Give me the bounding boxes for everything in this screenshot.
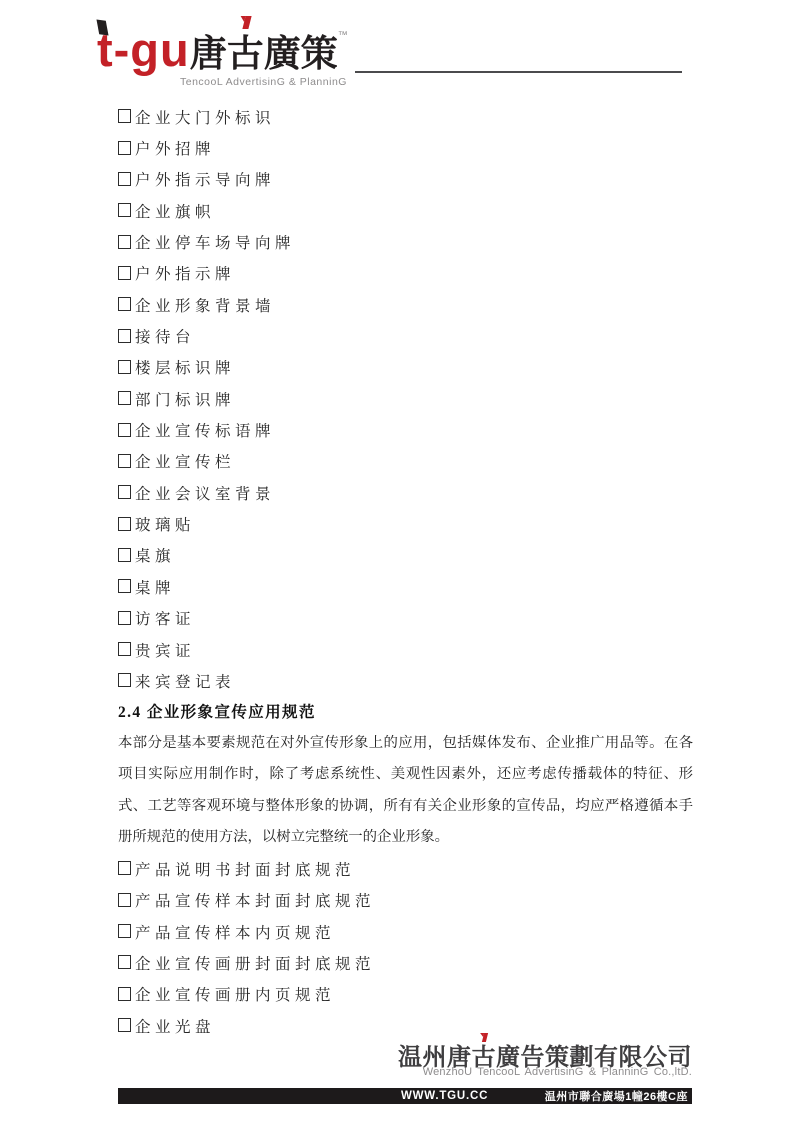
checkbox-unchecked-icon xyxy=(118,203,131,217)
checkbox-unchecked-icon xyxy=(118,485,131,499)
checklist-item: 桌旗 xyxy=(118,540,693,571)
logo-t-black-tip-icon xyxy=(96,19,108,35)
checklist-item-label: 产品宣传样本封面封底规范 xyxy=(135,889,375,911)
checkbox-unchecked-icon xyxy=(118,642,131,656)
checklist-item-label: 企业旗帜 xyxy=(135,200,215,222)
checklist-item: 部门标识牌 xyxy=(118,383,693,414)
checklist-item: 接待台 xyxy=(118,320,693,351)
checkbox-unchecked-icon xyxy=(118,454,131,468)
checklist-item: 楼层标识牌 xyxy=(118,352,693,383)
checklist-item: 桌牌 xyxy=(118,571,693,602)
red-flag-accent-icon xyxy=(242,16,251,29)
checklist-item: 贵宾证 xyxy=(118,634,693,665)
logo-tagline: TencooL AdvertisinG & PlanninG xyxy=(180,76,347,88)
checklist-item-label: 企业光盘 xyxy=(135,1015,215,1037)
checkbox-unchecked-icon xyxy=(118,423,131,437)
checklist-item: 访客证 xyxy=(118,603,693,634)
checkbox-unchecked-icon xyxy=(118,297,131,311)
checkbox-unchecked-icon xyxy=(118,360,131,374)
checklist-item-label: 桌旗 xyxy=(135,544,175,566)
checkbox-unchecked-icon xyxy=(118,548,131,562)
footer-website: WWW.TGU.CC xyxy=(401,1090,488,1102)
checkbox-unchecked-icon xyxy=(118,391,131,405)
document-page: t-gu唐古廣策™ TencooL AdvertisinG & PlanninG… xyxy=(0,0,800,1132)
company-logo: t-gu唐古廣策™ xyxy=(97,22,348,77)
checklist-item: 产品说明书封面封底规范 xyxy=(118,853,693,884)
logo-cjk-gu: 古 xyxy=(227,23,264,77)
checklist-item-label: 户外指示牌 xyxy=(135,262,235,284)
checklist-item-label: 企业宣传标语牌 xyxy=(135,419,275,441)
section-paragraph: 本部分是基本要素规范在对外宣传形象上的应用，包括媒体发布、企业推广用品等。在各项… xyxy=(118,728,693,853)
checkbox-unchecked-icon xyxy=(118,673,131,687)
logo-cjk-pre: 唐 xyxy=(190,33,227,74)
checklist-item-label: 企业会议室背景 xyxy=(135,482,275,504)
checklist-item-label: 楼层标识牌 xyxy=(135,356,235,378)
checklist-item-label: 企业大门外标识 xyxy=(135,106,275,128)
checkbox-unchecked-icon xyxy=(118,109,131,123)
checklist-item-label: 桌牌 xyxy=(135,576,175,598)
checklist-item: 企业宣传标语牌 xyxy=(118,414,693,445)
checklist-item: 户外指示牌 xyxy=(118,258,693,289)
checklist-item-label: 户外指示导向牌 xyxy=(135,168,275,190)
checklist-item: 企业旗帜 xyxy=(118,195,693,226)
checklist-item-label: 部门标识牌 xyxy=(135,388,235,410)
checkbox-unchecked-icon xyxy=(118,329,131,343)
checklist-item: 产品宣传样本内页规范 xyxy=(118,916,693,947)
checkbox-unchecked-icon xyxy=(118,141,131,155)
checklist-publications: 产品说明书封面封底规范 产品宣传样本封面封底规范 产品宣传样本内页规范 企业宣传… xyxy=(118,853,693,1041)
checklist-item-label: 企业停车场导向牌 xyxy=(135,231,295,253)
checklist-item-label: 产品说明书封面封底规范 xyxy=(135,858,355,880)
checklist-item: 企业宣传栏 xyxy=(118,446,693,477)
checklist-item-label: 产品宣传样本内页规范 xyxy=(135,921,335,943)
checklist-item-label: 贵宾证 xyxy=(135,639,195,661)
checkbox-unchecked-icon xyxy=(118,235,131,249)
document-content: 企业大门外标识 户外招牌 户外指示导向牌 企业旗帜 xyxy=(118,101,693,1041)
checklist-item: 企业停车场导向牌 xyxy=(118,226,693,257)
checklist-item: 户外指示导向牌 xyxy=(118,164,693,195)
checkbox-unchecked-icon xyxy=(118,893,131,907)
checkbox-unchecked-icon xyxy=(118,1018,131,1032)
footer-address-bar: WWW.TGU.CC 温州市聯合廣場1幢26樓C座 xyxy=(118,1088,692,1104)
checkbox-unchecked-icon xyxy=(118,579,131,593)
checkbox-unchecked-icon xyxy=(118,861,131,875)
red-flag-accent-icon xyxy=(482,1033,488,1042)
logo-cjk-post: 廣策 xyxy=(264,33,338,74)
header-rule xyxy=(355,71,682,73)
checklist-item: 企业宣传画册封面封底规范 xyxy=(118,947,693,978)
checklist-item-label: 玻璃贴 xyxy=(135,513,195,535)
checklist-item-label: 企业宣传栏 xyxy=(135,450,235,472)
checklist-item-label: 企业形象背景墙 xyxy=(135,294,275,316)
checkbox-unchecked-icon xyxy=(118,611,131,625)
section-heading: 2.4 企业形象宣传应用规范 xyxy=(118,697,693,728)
checklist-item-label: 户外招牌 xyxy=(135,137,215,159)
checkbox-unchecked-icon xyxy=(118,924,131,938)
checkbox-unchecked-icon xyxy=(118,987,131,1001)
checklist-item: 户外招牌 xyxy=(118,132,693,163)
trademark-symbol: ™ xyxy=(338,30,348,41)
checklist-item: 企业会议室背景 xyxy=(118,477,693,508)
logo-latin-t: t xyxy=(97,22,114,77)
checklist-item: 企业大门外标识 xyxy=(118,101,693,132)
checklist-item-label: 访客证 xyxy=(135,607,195,629)
checklist-signage: 企业大门外标识 户外招牌 户外指示导向牌 企业旗帜 xyxy=(118,101,693,697)
checklist-item: 来宾登记表 xyxy=(118,665,693,696)
checklist-item: 企业宣传画册内页规范 xyxy=(118,979,693,1010)
checkbox-unchecked-icon xyxy=(118,955,131,969)
checkbox-unchecked-icon xyxy=(118,517,131,531)
footer-company-name-english: WenzhoU TencooL AdvertisinG & PlanninG C… xyxy=(423,1066,692,1078)
checklist-item-label: 企业宣传画册内页规范 xyxy=(135,983,335,1005)
footer-address: 温州市聯合廣場1幢26樓C座 xyxy=(545,1088,692,1104)
checklist-item-label: 接待台 xyxy=(135,325,195,347)
checklist-item: 企业形象背景墙 xyxy=(118,289,693,320)
checklist-item-label: 来宾登记表 xyxy=(135,670,235,692)
checklist-item: 产品宣传样本封面封底规范 xyxy=(118,885,693,916)
checklist-item-label: 企业宣传画册封面封底规范 xyxy=(135,952,375,974)
checkbox-unchecked-icon xyxy=(118,266,131,280)
logo-latin-gu: -gu xyxy=(114,23,190,76)
checkbox-unchecked-icon xyxy=(118,172,131,186)
checklist-item: 玻璃贴 xyxy=(118,508,693,539)
